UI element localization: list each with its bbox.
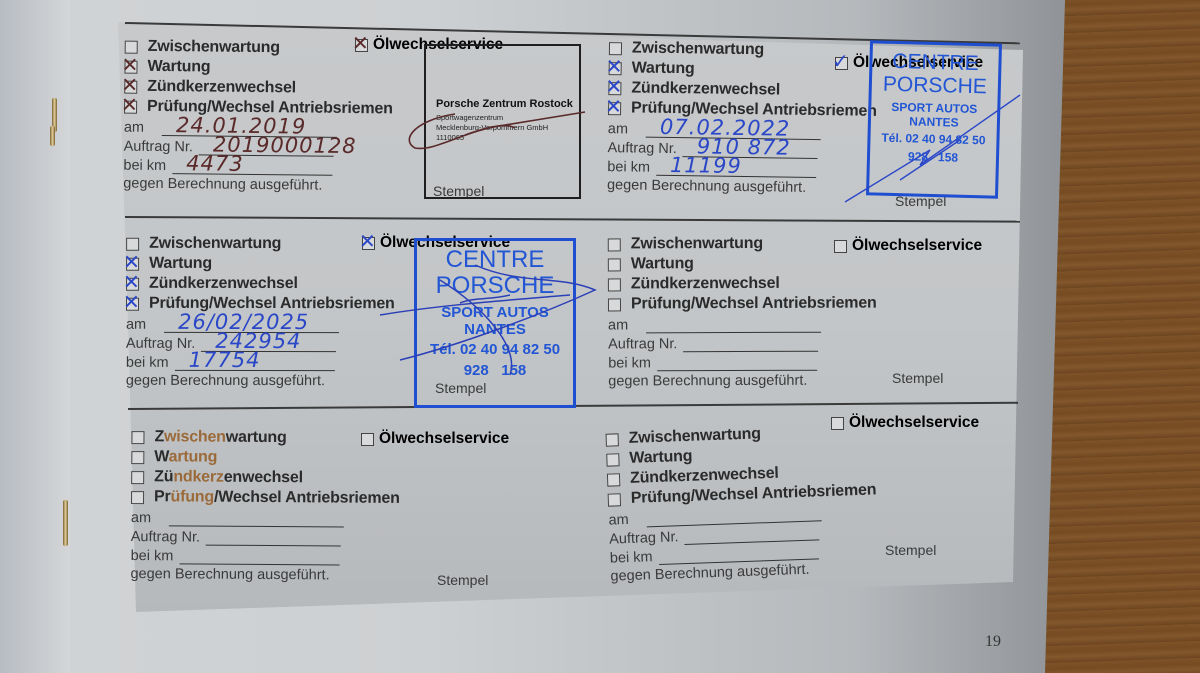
km-input[interactable]: 17754 [175, 355, 335, 371]
checkmark-icon: ✕ [123, 252, 140, 272]
km-input[interactable] [179, 548, 339, 565]
checkmark-icon: ✕ [123, 272, 140, 292]
service-entry-top-left: Zwischenwartung ✕Wartung ✕Zündkerzenwech… [123, 37, 393, 195]
checkbox[interactable]: ✕ [126, 277, 139, 290]
option-wartung[interactable]: Wartung [131, 447, 400, 469]
checkmark-icon: ✓ [832, 52, 849, 72]
km-field: bei km11199 [607, 156, 876, 179]
staple-bottom [63, 500, 68, 546]
footer-note: gegen Berechnung ausgeführt. [130, 566, 399, 584]
staple-top-2 [50, 126, 55, 146]
checkbox[interactable] [607, 473, 620, 486]
signature-scribble [360, 255, 600, 385]
checkbox[interactable]: ✓ [835, 57, 848, 70]
checkbox[interactable]: ✕ [126, 297, 139, 310]
checkmark-icon: ✕ [605, 77, 622, 97]
option-oelwechselservice[interactable]: Ölwechselservice [834, 237, 982, 255]
checkbox[interactable] [131, 491, 144, 504]
checkbox[interactable] [131, 471, 144, 484]
checkmark-icon: ✕ [121, 95, 138, 115]
km-input[interactable]: 11199 [656, 160, 816, 178]
checkbox[interactable]: ✕ [124, 100, 137, 113]
checkbox[interactable]: ✕ [126, 257, 139, 270]
signature-scribble [840, 90, 1030, 210]
option-zuendkerzenwechsel[interactable]: Zündkerzenwechsel [131, 467, 400, 489]
checkbox[interactable]: ✕ [124, 60, 137, 73]
service-entry-middle-left: Zwischenwartung ✕Wartung ✕Zündkerzenwech… [126, 234, 395, 389]
checkbox[interactable]: ✕ [355, 39, 368, 52]
footer-note: gegen Berechnung ausgeführt. [126, 373, 395, 389]
option-oelwechselservice[interactable]: Ölwechselservice [361, 430, 509, 448]
checkbox[interactable]: ✕ [608, 102, 621, 115]
option-wartung[interactable]: ✕Wartung [124, 57, 393, 80]
option-zwischenwartung[interactable]: Zwischenwartung [131, 427, 400, 449]
checkbox[interactable] [125, 40, 138, 53]
checkbox[interactable] [831, 417, 844, 430]
option-pruefung-antriebsriemen[interactable]: Prüfung/Wechsel Antriebsriemen [131, 487, 400, 509]
checkbox[interactable]: ✕ [609, 62, 622, 75]
service-entry-middle-right: Zwischenwartung Wartung Zündkerzenwechse… [608, 234, 877, 390]
checkmark-icon: ✕ [123, 292, 140, 312]
checkbox[interactable] [609, 42, 622, 55]
footer-note: gegen Berechnung ausgeführt. [608, 373, 877, 390]
option-wartung[interactable]: Wartung [608, 254, 877, 275]
km-field: bei km [608, 352, 877, 372]
page-number: 19 [985, 633, 1001, 651]
order-number-input[interactable] [206, 530, 341, 547]
order-field: Auftrag Nr. [608, 333, 877, 353]
wooden-table [1040, 0, 1200, 673]
option-zuendkerzenwechsel[interactable]: ✕Zündkerzenwechsel [124, 77, 393, 100]
date-field: am [131, 507, 400, 528]
option-pruefung-antriebsriemen[interactable]: Prüfung/Wechsel Antriebsriemen [608, 294, 877, 315]
stamp-label: Stempel [892, 370, 943, 386]
page-spine [0, 0, 70, 673]
booklet-page: Zwischenwartung ✕Wartung ✕Zündkerzenwech… [0, 0, 1070, 673]
checkbox[interactable] [361, 433, 374, 446]
stamp-label: Stempel [885, 542, 936, 558]
checkbox[interactable] [608, 238, 621, 251]
checkmark-icon: ✕ [352, 34, 369, 54]
checkmark-icon: ✕ [121, 55, 138, 75]
option-wartung[interactable]: ✕Wartung [126, 254, 395, 274]
km-input[interactable] [657, 355, 817, 372]
checkmark-icon: ✕ [121, 75, 138, 95]
order-number-input[interactable] [683, 336, 818, 352]
order-field: Auftrag Nr. [131, 526, 400, 547]
checkbox[interactable]: ✕ [362, 237, 375, 250]
checkbox[interactable]: ✕ [608, 82, 621, 95]
km-input[interactable]: 4473 [172, 158, 332, 176]
checkbox[interactable]: ✕ [124, 80, 137, 93]
date-field: am [608, 314, 877, 334]
checkbox[interactable] [834, 240, 847, 253]
order-field: Auftrag Nr.2019000128 [124, 136, 393, 158]
km-field: bei km17754 [126, 352, 395, 371]
km-field: bei km [131, 545, 400, 566]
checkbox[interactable] [608, 278, 621, 291]
checkmark-icon: ✕ [359, 232, 376, 252]
checkbox[interactable] [608, 493, 621, 506]
option-zwischenwartung[interactable]: Zwischenwartung [126, 234, 395, 254]
option-zuendkerzenwechsel[interactable]: Zündkerzenwechsel [608, 274, 877, 295]
signature-scribble [395, 100, 595, 160]
checkbox[interactable] [605, 433, 618, 446]
service-entry-bottom-right: Zwischenwartung Wartung Zündkerzenwechse… [605, 420, 879, 584]
stamp-label: Stempel [437, 572, 488, 588]
option-oelwechselservice[interactable]: Ölwechselservice [831, 414, 979, 432]
service-entry-bottom-left: Zwischenwartung Wartung Zündkerzenwechse… [130, 427, 400, 584]
option-zuendkerzenwechsel[interactable]: ✕Zündkerzenwechsel [126, 274, 395, 294]
checkbox[interactable] [126, 237, 139, 250]
checkbox[interactable] [608, 298, 621, 311]
checkmark-icon: ✕ [606, 57, 623, 77]
checkbox[interactable] [608, 258, 621, 271]
checkmark-icon: ✕ [605, 97, 622, 117]
checkbox[interactable] [606, 453, 619, 466]
checkbox[interactable] [131, 451, 144, 464]
date-input[interactable] [646, 317, 821, 334]
checkbox[interactable] [131, 431, 144, 444]
footer-note: gegen Berechnung ausgeführt. [123, 176, 392, 195]
date-input[interactable] [169, 510, 344, 527]
